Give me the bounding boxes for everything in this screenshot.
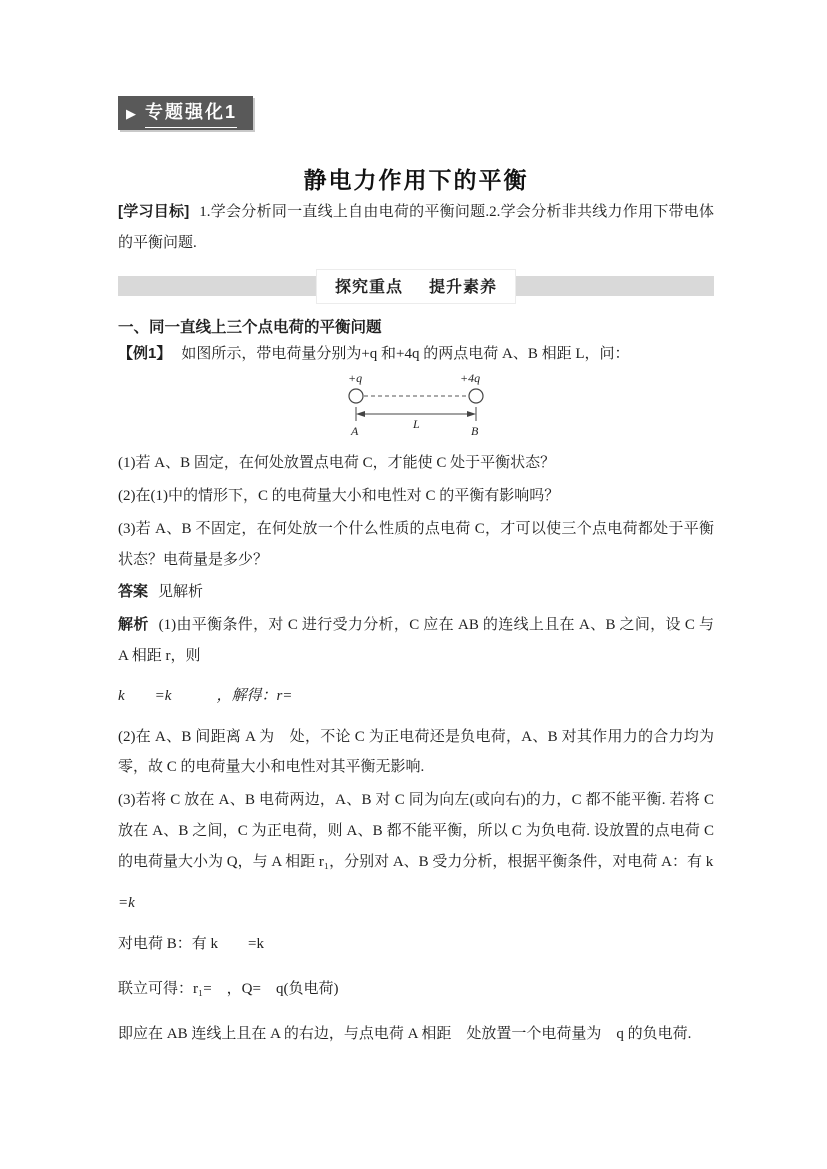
badge-label: 专题强化1 [145, 98, 237, 128]
analysis-formula-1: k =k ，解得：r= [118, 684, 714, 708]
example-intro: 【例1】如图所示，带电荷量分别为+q 和+4q 的两点电荷 A、B 相距 L，问… [118, 339, 714, 370]
arrowhead-right-icon [467, 411, 476, 417]
charge-a-icon [349, 389, 363, 403]
analysis-p1-text: (1)由平衡条件，对 C 进行受力分析，C 应在 AB 的连线上且在 A、B 之… [118, 617, 714, 664]
badge-arrow-icon: ▶ [126, 107, 136, 120]
example-label: 【例1】 [118, 345, 171, 362]
learning-objectives: [学习目标]1.学会分析同一直线上自由电荷的平衡问题.2.学会分析非共线力作用下… [118, 197, 714, 259]
section-banner: 探究重点 提升素养 [118, 269, 714, 303]
charges-figure-svg: +q +4q L A B [336, 371, 496, 437]
objectives-text: 1.学会分析同一直线上自由电荷的平衡问题.2.学会分析非共线力作用下带电体的平衡… [118, 204, 714, 251]
analysis-p5: 联立可得：r₁= ，Q= q(负电荷) [118, 974, 714, 1005]
banner-box: 探究重点 提升素养 [316, 269, 516, 304]
charges-figure: +q +4q L A B [118, 371, 714, 442]
objectives-label: [学习目标] [118, 203, 189, 220]
document-page: ▶ 专题强化1 静电力作用下的平衡 [学习目标]1.学会分析同一直线上自由电荷的… [0, 0, 827, 1050]
point-a-label: A [350, 424, 359, 437]
banner-left-label: 探究重点 [335, 274, 403, 297]
answer-line: 答案见解析 [118, 577, 714, 608]
section-heading: 一、同一直线上三个点电荷的平衡问题 [118, 315, 714, 337]
example-text: 如图所示，带电荷量分别为+q 和+4q 的两点电荷 A、B 相距 L，问： [181, 346, 629, 362]
question-2: (2)在(1)中的情形下，C 的电荷量大小和电性对 C 的平衡有影响吗？ [118, 481, 714, 512]
page-title: 静电力作用下的平衡 [118, 162, 714, 195]
charge-right-label: +4q [460, 371, 480, 385]
charge-left-label: +q [348, 371, 362, 385]
point-b-label: B [471, 424, 479, 437]
analysis-label: 解析 [118, 616, 149, 633]
banner-right-label: 提升素养 [429, 274, 497, 297]
analysis-p4: 对电荷 B：有 k =k [118, 929, 714, 960]
answer-label: 答案 [118, 583, 148, 600]
analysis-p6: 即应在 AB 连线上且在 A 的右边，与点电荷 A 相距 处放置一个电荷量为 q… [118, 1019, 714, 1050]
distance-label: L [412, 417, 420, 431]
analysis-p1: 解析(1)由平衡条件，对 C 进行受力分析，C 应在 AB 的连线上且在 A、B… [118, 610, 714, 672]
charge-b-icon [469, 389, 483, 403]
question-3: (3)若 A、B 不固定，在何处放一个什么性质的点电荷 C，才可以使三个点电荷都… [118, 514, 714, 576]
analysis-p3: (3)若将 C 放在 A、B 电荷两边，A、B 对 C 同为向左(或向右)的力，… [118, 785, 714, 877]
analysis-formula-2: =k [118, 891, 714, 915]
arrowhead-left-icon [356, 411, 365, 417]
question-1: (1)若 A、B 固定，在何处放置点电荷 C，才能使 C 处于平衡状态？ [118, 448, 714, 479]
answer-text: 见解析 [158, 584, 203, 600]
topic-badge: ▶ 专题强化1 [118, 96, 253, 130]
analysis-p2: (2)在 A、B 间距离 A 为 处，不论 C 为正电荷还是负电荷，A、B 对其… [118, 722, 714, 784]
